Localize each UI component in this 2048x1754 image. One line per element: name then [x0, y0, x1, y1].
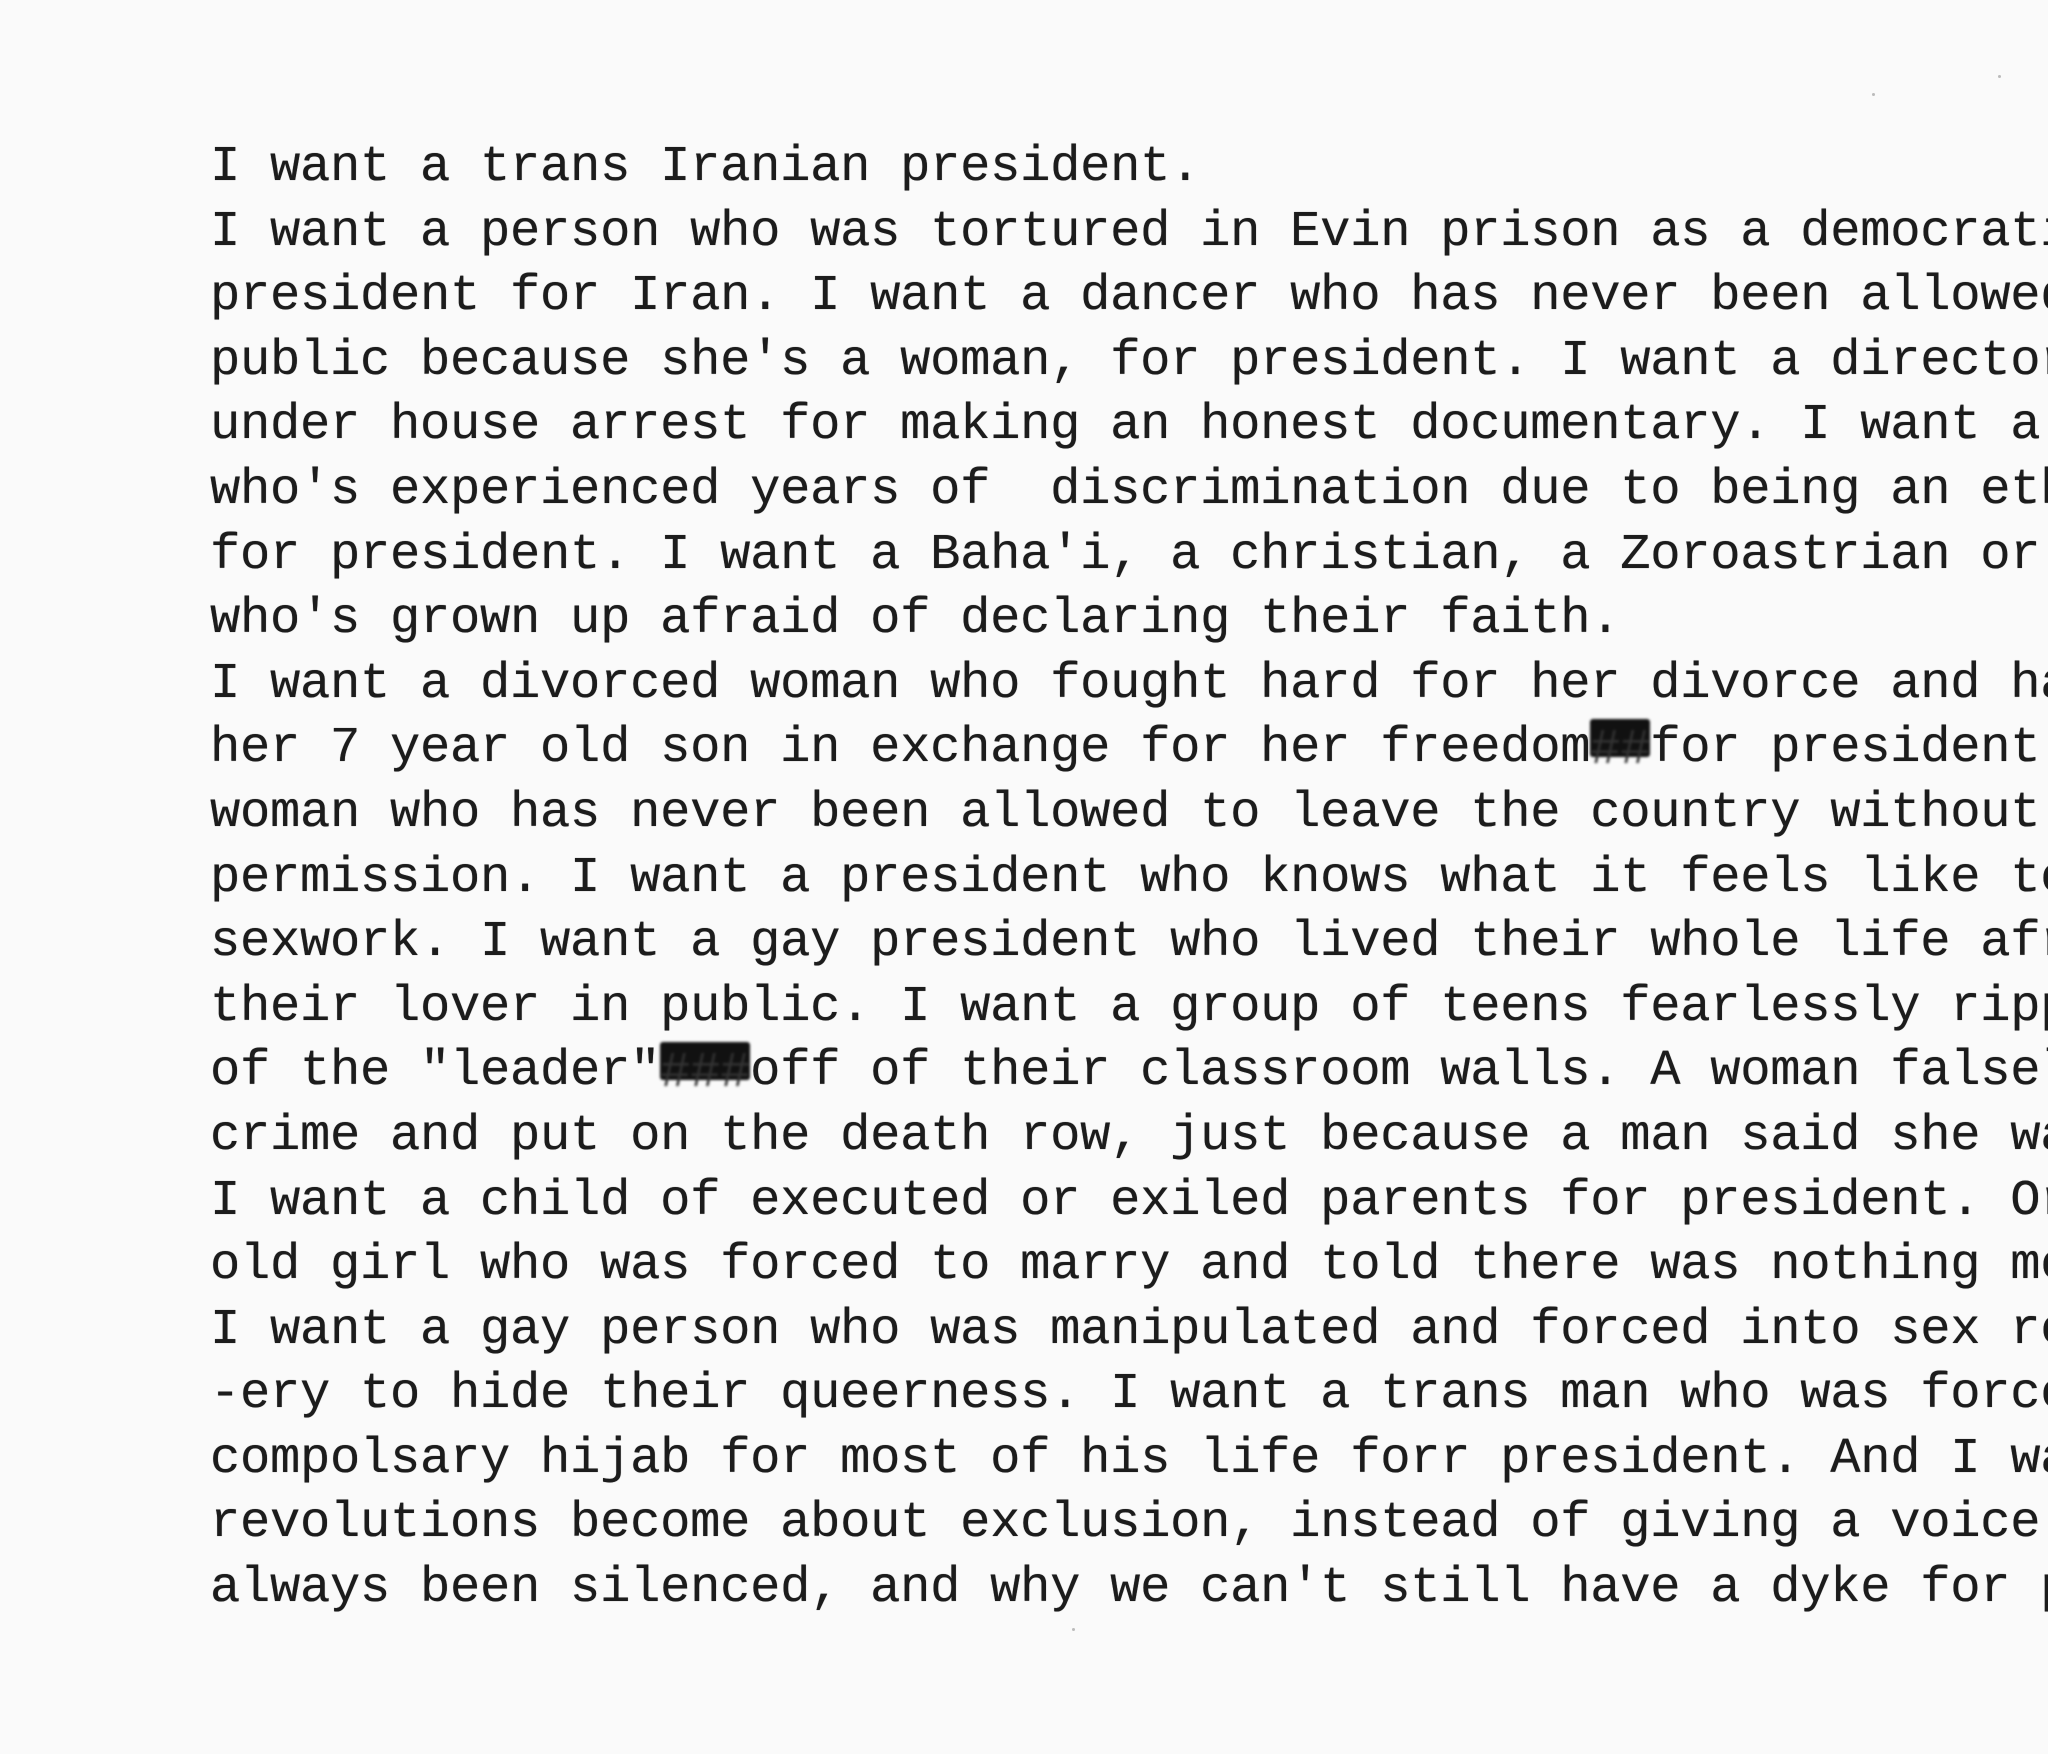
- typed-over-strikeout: ##: [1590, 719, 1650, 757]
- text-segment: of the "leader": [210, 1043, 660, 1100]
- text-line: -ery to hide their queerness. I want a t…: [210, 1363, 2048, 1428]
- text-line: their lover in public. I want a group of…: [210, 976, 2048, 1041]
- text-line: compolsary hijab for most of his life fo…: [210, 1428, 2048, 1493]
- text-line: who's experienced years of discriminatio…: [210, 459, 2048, 524]
- text-line: I want a divorced woman who fought hard …: [210, 653, 2048, 718]
- paper-speck: [1998, 75, 2001, 78]
- text-line: for president. I want a Baha'i, a christ…: [210, 524, 2048, 589]
- text-line: I want a child of executed or exiled par…: [210, 1170, 2048, 1235]
- typewritten-body: I want a trans Iranian president.I want …: [210, 136, 2048, 1622]
- typed-over-strikeout: ###: [660, 1042, 750, 1080]
- text-line: I want a trans Iranian president.: [210, 136, 2048, 201]
- text-line: who's grown up afraid of declaring their…: [210, 588, 2048, 653]
- text-line: her 7 year old son in exchange for her f…: [210, 717, 2048, 782]
- text-line: under house arrest for making an honest …: [210, 394, 2048, 459]
- text-segment: for president. I want a young: [1650, 720, 2048, 777]
- text-line: I want a person who was tortured in Evin…: [210, 201, 2048, 266]
- typewritten-page: I want a trans Iranian president.I want …: [0, 0, 2048, 1754]
- text-line: public because she's a woman, for presid…: [210, 330, 2048, 395]
- text-line: old girl who was forced to marry and tol…: [210, 1234, 2048, 1299]
- text-segment: her 7 year old son in exchange for her f…: [210, 720, 1590, 777]
- text-line: permission. I want a president who knows…: [210, 847, 2048, 912]
- text-line: revolutions become about exclusion, inst…: [210, 1492, 2048, 1557]
- text-line: sexwork. I want a gay president who live…: [210, 911, 2048, 976]
- paper-speck: [1872, 93, 1875, 96]
- text-line: of the "leader"###off of their classroom…: [210, 1040, 2048, 1105]
- text-line: crime and put on the death row, just bec…: [210, 1105, 2048, 1170]
- text-line: I want a gay person who was manipulated …: [210, 1299, 2048, 1364]
- text-line: president for Iran. I want a dancer who …: [210, 265, 2048, 330]
- text-segment: off of their classroom walls. A woman fa…: [750, 1043, 2048, 1100]
- text-line: woman who has never been allowed to leav…: [210, 782, 2048, 847]
- paper-speck: [1072, 1628, 1075, 1631]
- text-line: always been silenced, and why we can't s…: [210, 1557, 2048, 1622]
